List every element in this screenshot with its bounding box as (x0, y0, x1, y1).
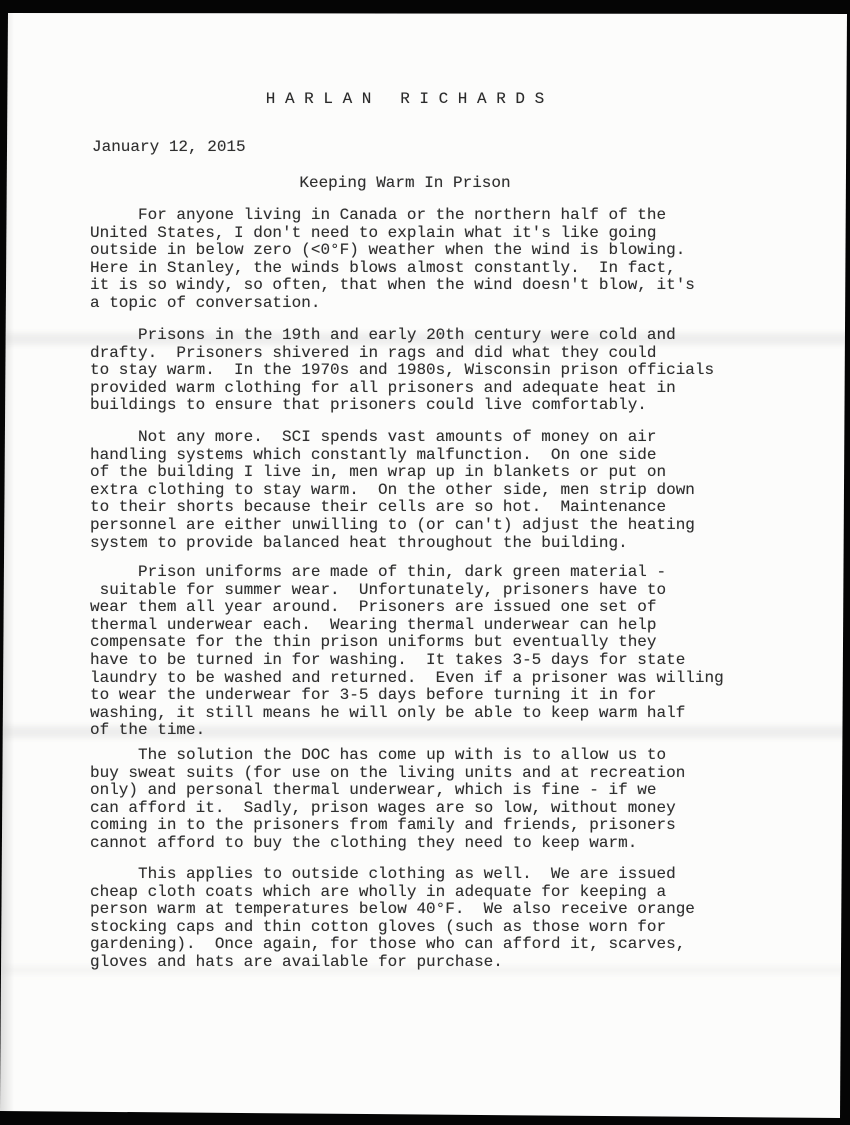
paragraph-5: The solution the DOC has come up with is… (90, 747, 730, 853)
paragraph-6: This applies to outside clothing as well… (90, 866, 730, 972)
paragraph-3: Not any more. SCI spends vast amounts of… (90, 429, 730, 552)
scan-edge-shadow (0, 13, 14, 1113)
author-header: H A R L A N R I C H A R D S (90, 91, 720, 109)
scanned-letter-page: H A R L A N R I C H A R D S January 12, … (0, 0, 850, 1125)
paragraph-2: Prisons in the 19th and early 20th centu… (90, 327, 730, 415)
paragraph-1: For anyone living in Canada or the north… (90, 207, 730, 313)
paragraph-4: Prison uniforms are made of thin, dark g… (90, 564, 730, 740)
letter-date: January 12, 2015 (92, 139, 246, 157)
paper-sheet: H A R L A N R I C H A R D S January 12, … (0, 0, 850, 1125)
letter-title: Keeping Warm In Prison (90, 175, 720, 193)
